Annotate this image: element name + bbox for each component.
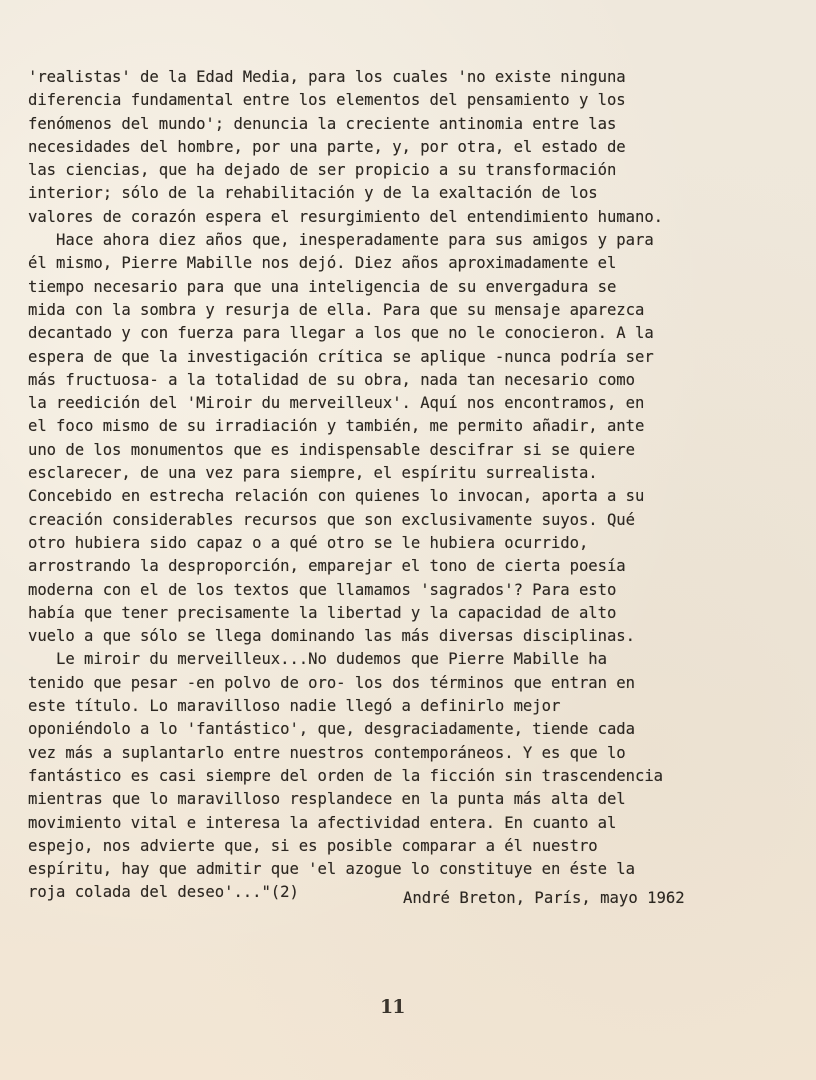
document-page: 'realistas' de la Edad Media, para los c… xyxy=(0,0,816,1080)
text-line: movimiento vital e interesa la afectivid… xyxy=(28,812,808,835)
text-line: más fructuosa- a la totalidad de su obra… xyxy=(28,369,808,392)
text-line: moderna con el de los textos que llamamo… xyxy=(28,579,808,602)
text-line: espera de que la investigación crítica s… xyxy=(28,346,808,369)
text-line: mida con la sombra y resurja de ella. Pa… xyxy=(28,299,808,322)
text-line: oponiéndolo a lo 'fantástico', que, desg… xyxy=(28,718,808,741)
body-text: 'realistas' de la Edad Media, para los c… xyxy=(28,66,808,905)
text-line: diferencia fundamental entre los element… xyxy=(28,89,808,112)
text-line: Concebido en estrecha relación con quien… xyxy=(28,485,808,508)
text-line: 'realistas' de la Edad Media, para los c… xyxy=(28,66,808,89)
text-line: creación considerables recursos que son … xyxy=(28,509,808,532)
text-line: Hace ahora diez años que, inesperadament… xyxy=(28,229,808,252)
text-line: él mismo, Pierre Mabille nos dejó. Diez … xyxy=(28,252,808,275)
text-line: vez más a suplantarlo entre nuestros con… xyxy=(28,742,808,765)
text-line: había que tener precisamente la libertad… xyxy=(28,602,808,625)
text-line: tenido que pesar -en polvo de oro- los d… xyxy=(28,672,808,695)
text-line: el foco mismo de su irradiación y tambié… xyxy=(28,415,808,438)
text-line: fantástico es casi siempre del orden de … xyxy=(28,765,808,788)
text-line: esclarecer, de una vez para siempre, el … xyxy=(28,462,808,485)
text-line: fenómenos del mundo'; denuncia la crecie… xyxy=(28,113,808,136)
text-line: valores de corazón espera el resurgimien… xyxy=(28,206,808,229)
page-number: 11 xyxy=(380,996,404,1018)
text-line: espejo, nos advierte que, si es posible … xyxy=(28,835,808,858)
text-line: espíritu, hay que admitir que 'el azogue… xyxy=(28,858,808,881)
text-line: la reedición del 'Miroir du merveilleux'… xyxy=(28,392,808,415)
text-line: necesidades del hombre, por una parte, y… xyxy=(28,136,808,159)
text-line: interior; sólo de la rehabilitación y de… xyxy=(28,182,808,205)
text-line: arrostrando la desproporción, emparejar … xyxy=(28,555,808,578)
text-line: decantado y con fuerza para llegar a los… xyxy=(28,322,808,345)
text-line: este título. Lo maravilloso nadie llegó … xyxy=(28,695,808,718)
text-line: tiempo necesario para que una inteligenc… xyxy=(28,276,808,299)
text-line: uno de los monumentos que es indispensab… xyxy=(28,439,808,462)
text-line: Le miroir du merveilleux...No dudemos qu… xyxy=(28,648,808,671)
text-line: mientras que lo maravilloso resplandece … xyxy=(28,788,808,811)
text-line: vuelo a que sólo se llega dominando las … xyxy=(28,625,808,648)
text-line: las ciencias, que ha dejado de ser propi… xyxy=(28,159,808,182)
text-line: otro hubiera sido capaz o a qué otro se … xyxy=(28,532,808,555)
author-signature: André Breton, París, mayo 1962 xyxy=(403,887,685,910)
